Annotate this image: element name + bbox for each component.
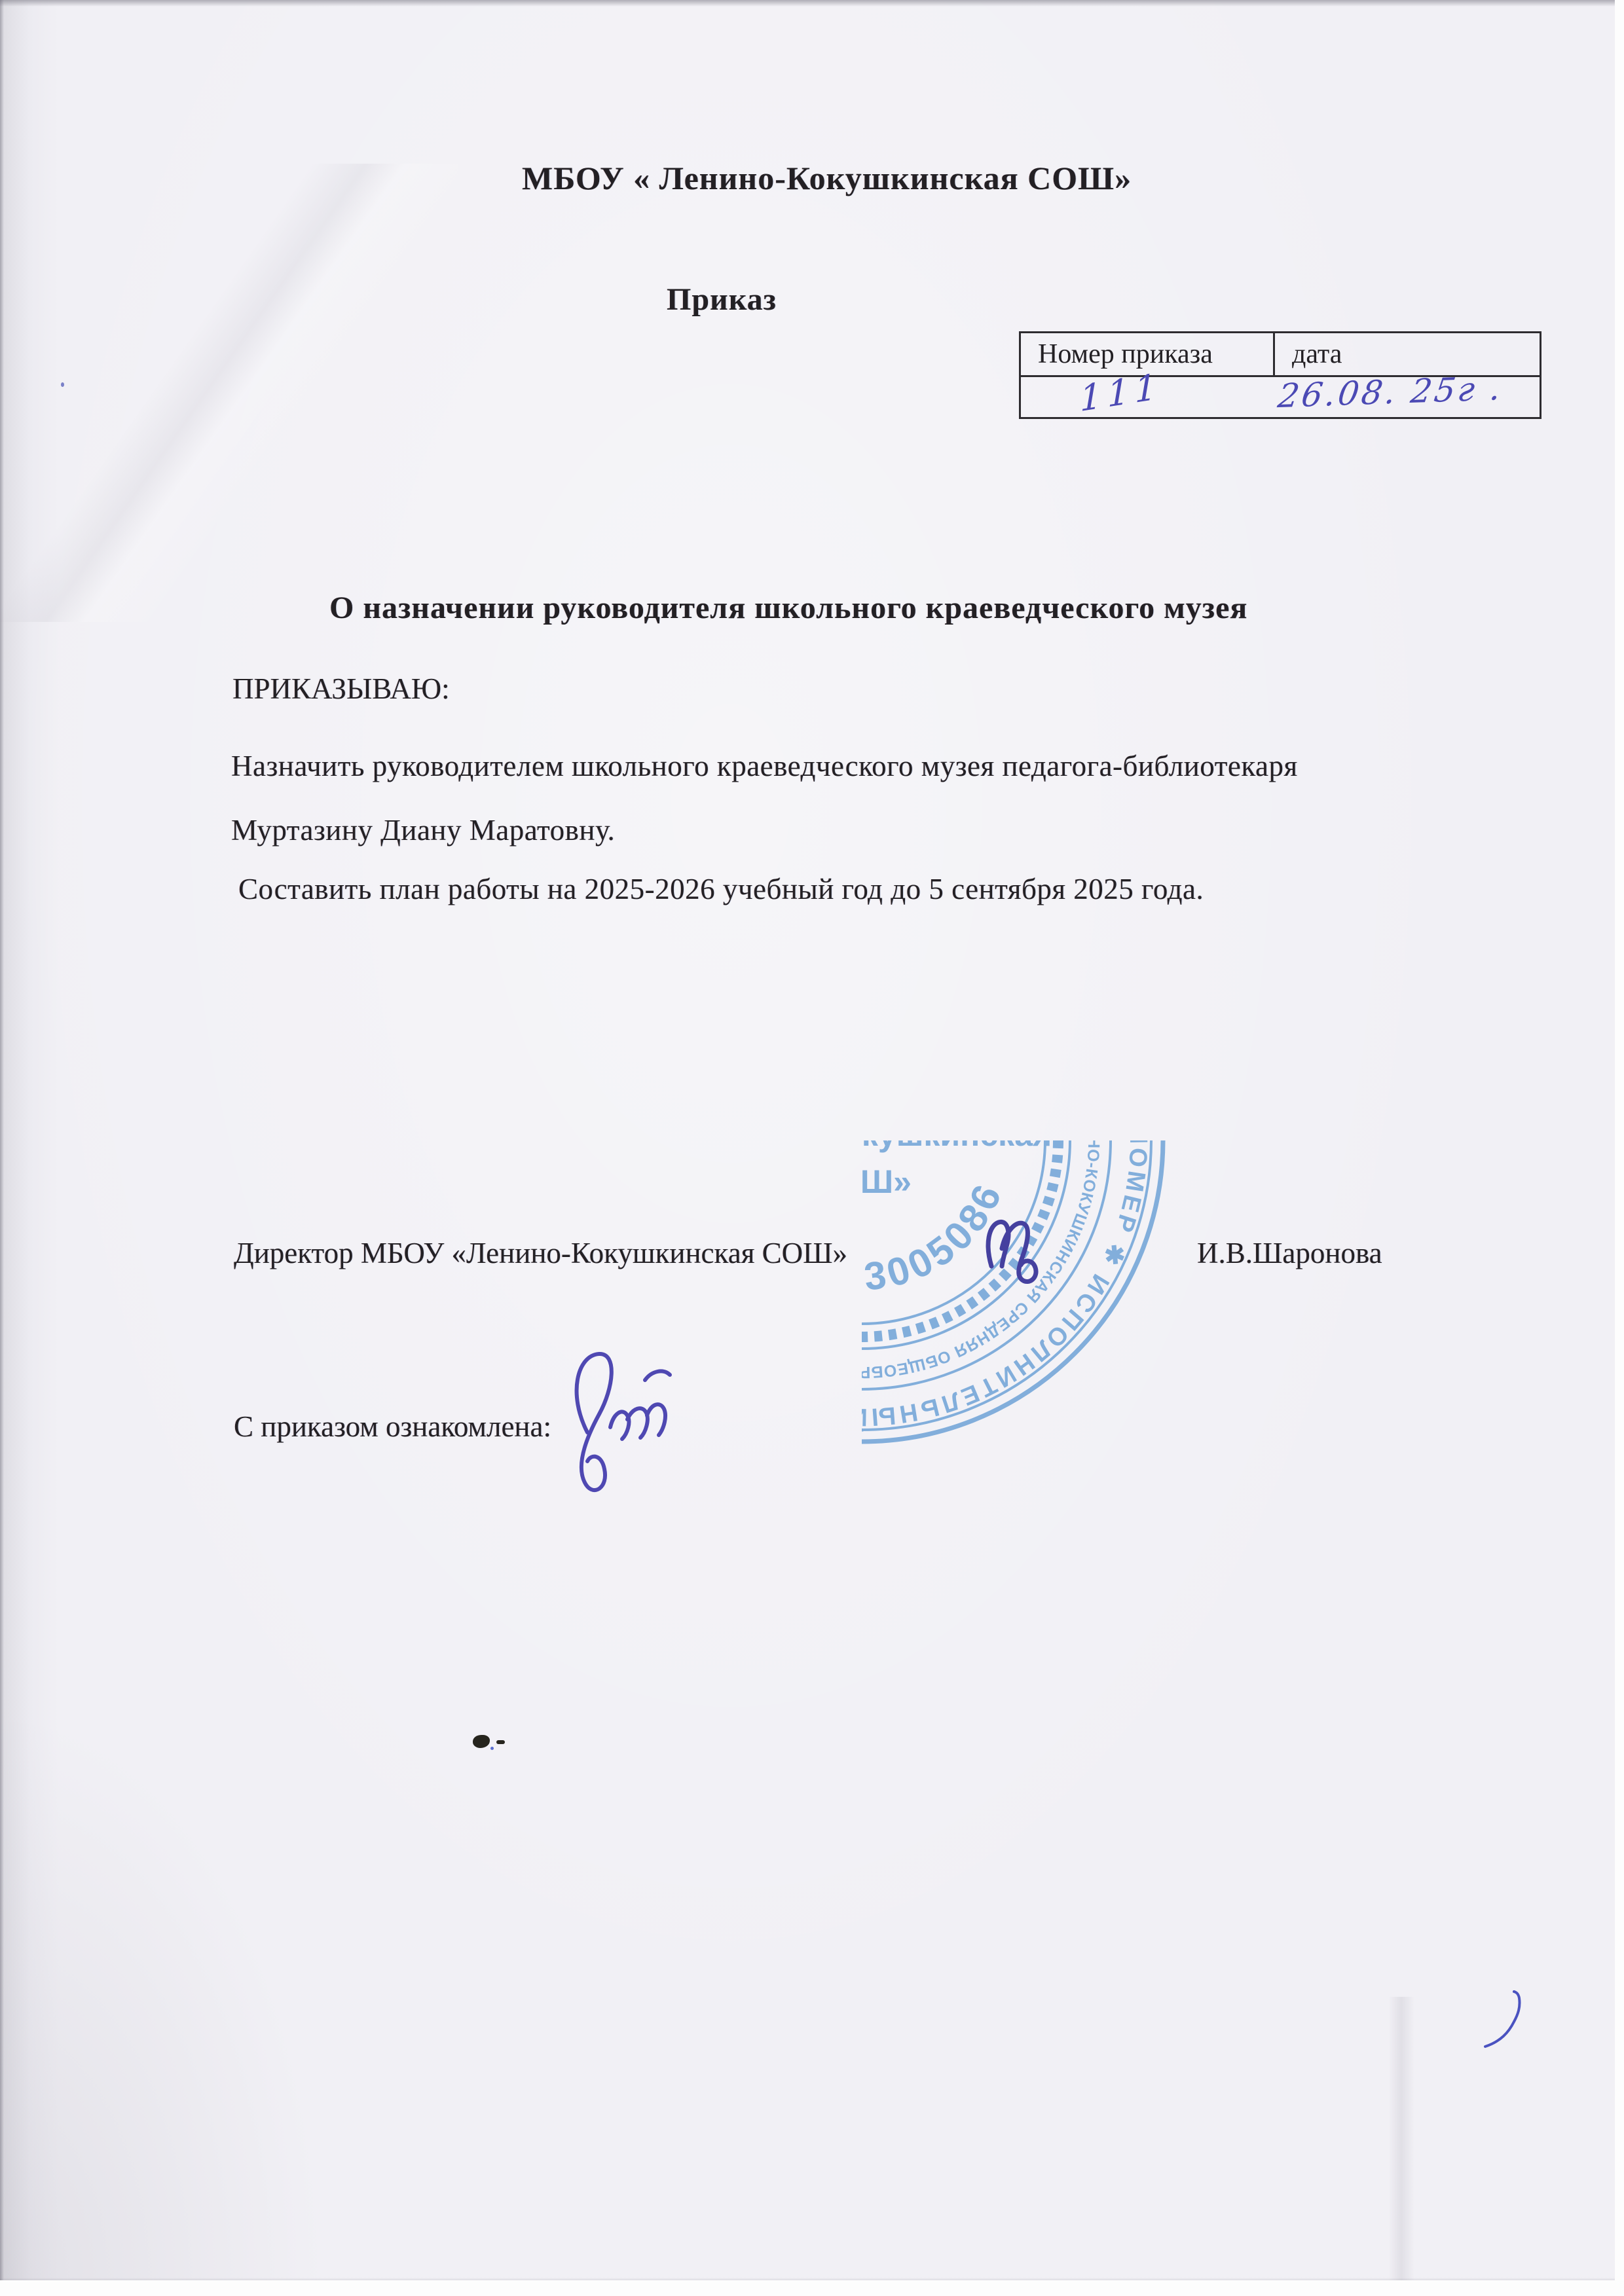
scanner-bed-bottom bbox=[0, 2280, 1624, 2296]
ink-speck-left-edge bbox=[61, 382, 64, 387]
acknowledged-label: С приказом ознакомлена: bbox=[234, 1410, 551, 1444]
order-subject: О назначении руководителя школьного крае… bbox=[329, 590, 1247, 626]
handwritten-order-date: 26.08. 25г . bbox=[1276, 369, 1506, 415]
paper-crease-vertical bbox=[1388, 1997, 1414, 2296]
scan-edge-top bbox=[0, 0, 1624, 7]
ink-blot bbox=[473, 1735, 490, 1748]
director-signature bbox=[981, 1212, 1066, 1291]
body-line-1: Назначить руководителем школьного краеве… bbox=[231, 749, 1298, 783]
official-round-stamp: ОСНОВНОЙ ГОСУДАРСТВЕННЫЙ РЕГИСТРАЦИОННЫЙ… bbox=[862, 1140, 1176, 1455]
org-title: МБОУ « Ленино-Кокушкинская СОШ» bbox=[522, 159, 1132, 197]
body-line-2: Муртазину Диану Маратовну. bbox=[231, 813, 615, 847]
director-label: Директор МБОУ «Ленино-Кокушкинская СОШ» bbox=[234, 1236, 847, 1270]
director-name: И.В.Шаронова bbox=[1197, 1236, 1382, 1270]
scanned-order-page: МБОУ « Ленино-Кокушкинская СОШ» Приказ Н… bbox=[0, 0, 1624, 2296]
pen-squiggle bbox=[1479, 1990, 1544, 2056]
ink-blot-small bbox=[496, 1740, 505, 1744]
scanner-bed-right bbox=[1615, 0, 1624, 2296]
ink-speck bbox=[490, 1747, 494, 1750]
acknowledgement-signature bbox=[547, 1334, 710, 1511]
doc-type-title: Приказ bbox=[667, 282, 777, 318]
paper-crease-diagonal bbox=[0, 164, 458, 622]
scan-edge-left bbox=[0, 0, 4, 2296]
paper-shading bbox=[0, 1707, 327, 2296]
decree-label: ПРИКАЗЫВАЮ: bbox=[232, 672, 450, 706]
stamp-center-org-suffix: СОШ» bbox=[862, 1163, 912, 1200]
stamp-center-org-name: «Ленино-Кокушкинская bbox=[862, 1140, 1052, 1153]
body-line-3: Составить план работы на 2025-2026 учебн… bbox=[238, 872, 1204, 906]
